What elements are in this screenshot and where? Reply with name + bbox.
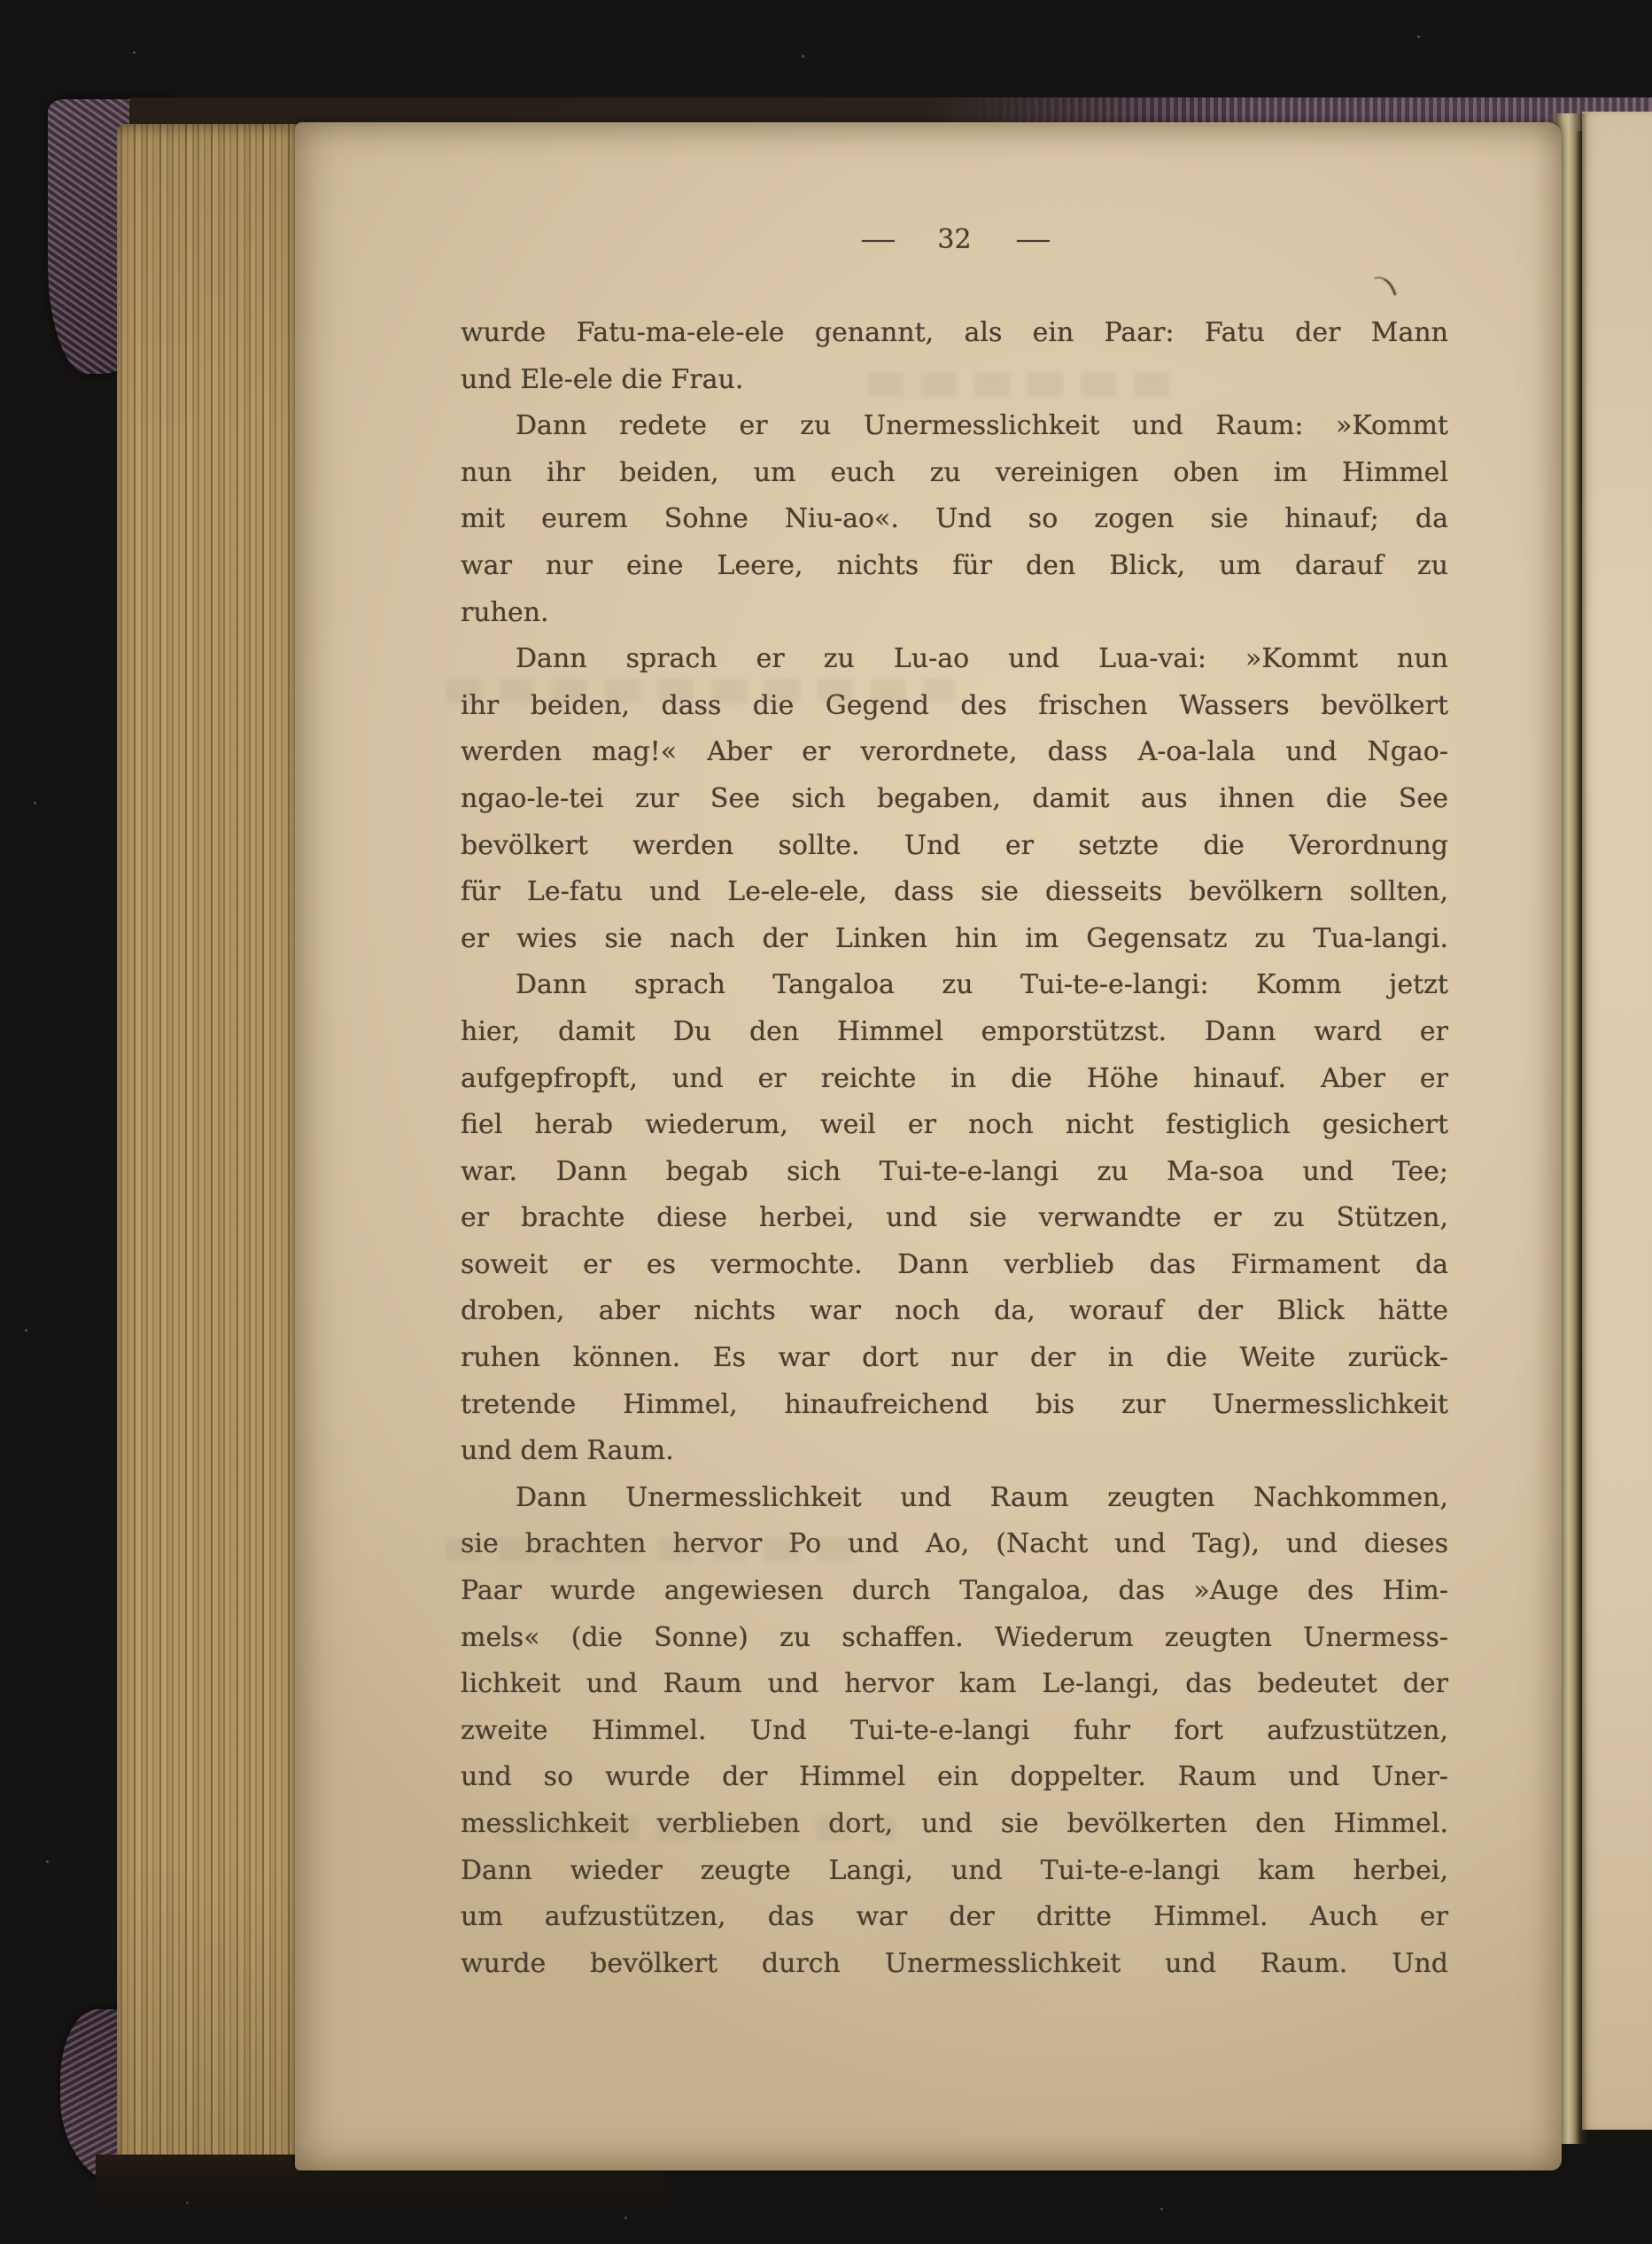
text-line: Paar wurde angewiesen durch Tangaloa, da…: [461, 1568, 1448, 1615]
text-line: ruhen können. Es war dort nur der in die…: [461, 1335, 1448, 1382]
scanned-book-photo: { "header": { "dash_left": "—", "number"…: [0, 0, 1652, 2244]
text-line: war. Dann begab sich Tui-te-e-langi zu M…: [461, 1149, 1448, 1196]
header-dash-left: —: [861, 227, 895, 253]
text-line: hier, damit Du den Himmel emporstützst. …: [461, 1009, 1448, 1056]
page-number-header: — 32 —: [461, 227, 1448, 253]
book-page: — 32 — wurde Fatu-ma-ele-ele genannt, al…: [295, 122, 1562, 2170]
text-line: ihr beiden, dass die Gegend des frischen…: [461, 683, 1448, 730]
text-line: ruhen.: [461, 590, 1448, 637]
text-line: nun ihr beiden, um euch zu vereinigen ob…: [461, 450, 1448, 497]
ink-flourish-mark: [1374, 273, 1396, 299]
text-line: messlichkeit verblieben dort, und sie be…: [461, 1801, 1448, 1848]
text-line: zweite Himmel. Und Tui-te-e-langi fuhr f…: [461, 1708, 1448, 1755]
text-line: um aufzustützen, das war der dritte Himm…: [461, 1894, 1448, 1941]
text-line: Dann sprach er zu Lu-ao und Lua-vai: »Ko…: [461, 636, 1448, 683]
text-line: aufgepfropft, und er reichte in die Höhe…: [461, 1056, 1448, 1103]
text-line: und dem Raum.: [461, 1428, 1448, 1475]
text-line: Dann sprach Tangaloa zu Tui-te-e-langi: …: [461, 962, 1448, 1009]
page-number: 32: [937, 227, 971, 253]
text-line: Dann wieder zeugte Langi, und Tui-te-e-l…: [461, 1848, 1448, 1895]
page-stack-fore-edges: [117, 124, 299, 2176]
text-line: ngao-le-tei zur See sich begaben, damit …: [461, 776, 1448, 823]
text-line: werden mag!« Aber er verordnete, dass A-…: [461, 729, 1448, 776]
text-line: wurde bevölkert durch Unermesslichkeit u…: [461, 1941, 1448, 1988]
text-line: fiel herab wiederum, weil er noch nicht …: [461, 1102, 1448, 1149]
facing-page-edge: [1582, 112, 1652, 2130]
text-line: Dann redete er zu Unermesslichkeit und R…: [461, 403, 1448, 450]
text-line: tretende Himmel, hinaufreichend bis zur …: [461, 1382, 1448, 1429]
text-line: und Ele-ele die Frau.: [461, 357, 1448, 404]
text-line: bevölkert werden sollte. Und er setzte d…: [461, 823, 1448, 870]
text-line: lichkeit und Raum und hervor kam Le-lang…: [461, 1661, 1448, 1708]
header-dash-right: —: [1015, 227, 1049, 253]
text-line: soweit er es vermochte. Dann verblieb da…: [461, 1242, 1448, 1289]
text-line: Dann Unermesslichkeit und Raum zeugten N…: [461, 1475, 1448, 1522]
text-line: sie brachten hervor Po und Ao, (Nacht un…: [461, 1521, 1448, 1568]
text-line: mit eurem Sohne Niu-ao«. Und so zogen si…: [461, 496, 1448, 543]
text-line: war nur eine Leere, nichts für den Blick…: [461, 543, 1448, 590]
text-line: er wies sie nach der Linken hin im Gegen…: [461, 916, 1448, 963]
body-text: wurde Fatu-ma-ele-ele genannt, als ein P…: [461, 310, 1448, 1987]
text-line: er brachte diese herbei, und sie verwand…: [461, 1195, 1448, 1242]
text-line: für Le-fatu und Le-ele-ele, dass sie die…: [461, 869, 1448, 916]
text-line: mels« (die Sonne) zu schaffen. Wiederum …: [461, 1615, 1448, 1662]
text-line: wurde Fatu-ma-ele-ele genannt, als ein P…: [461, 310, 1448, 357]
text-line: und so wurde der Himmel ein doppelter. R…: [461, 1754, 1448, 1801]
text-line: droben, aber nichts war noch da, worauf …: [461, 1288, 1448, 1335]
